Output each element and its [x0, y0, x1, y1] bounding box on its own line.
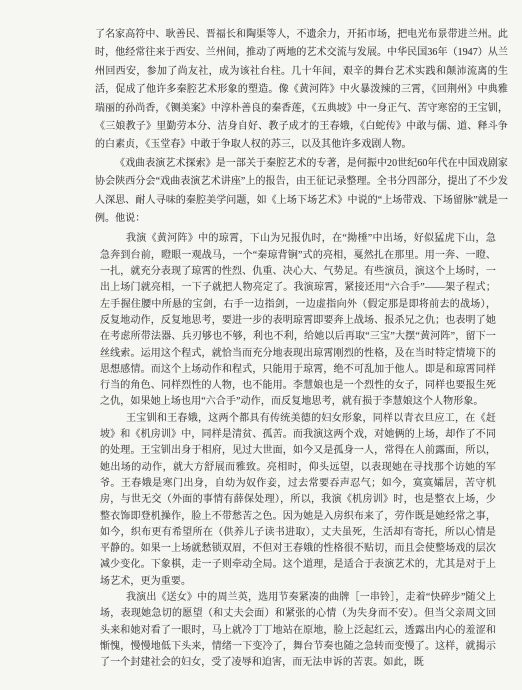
body-paragraph: 《戏曲表演艺术探索》是一部关于秦腔艺术的专著，是何振中20世纪60年代在中国戏剧…	[95, 155, 508, 229]
block-quote: 我演《黄河阵》中的琼霄，下山为兄报仇时，在“拗棰”中出场，好似猛虎下山，急急奔到…	[100, 231, 496, 671]
quote-paragraph: 王宝钏和王春娥，这两个都具有传统美德的妇女形象，同样以青衣旦应工，在《赶坡》和《…	[100, 411, 496, 590]
quote-paragraph: 我演出《送女》中的周兰英，选用节奏紧凑的曲牌［一串铃］，走着“快碎步”随父上场，…	[100, 590, 496, 671]
quote-paragraph: 我演《黄河阵》中的琼霄，下山为兄报仇时，在“拗棰”中出场，好似猛虎下山，急急奔到…	[100, 231, 496, 410]
body-paragraph: 了名家高符中、耿善民、晋福长和陶渠等人，不遗余力，开拓市场，把电光布景带进兰州。…	[95, 26, 508, 155]
document-page: 了名家高符中、耿善民、晋福长和陶渠等人，不遗余力，开拓市场，把电光布景带进兰州。…	[0, 0, 522, 690]
text-block: 了名家高符中、耿善民、晋福长和陶渠等人，不遗余力，开拓市场，把电光布景带进兰州。…	[95, 26, 508, 671]
